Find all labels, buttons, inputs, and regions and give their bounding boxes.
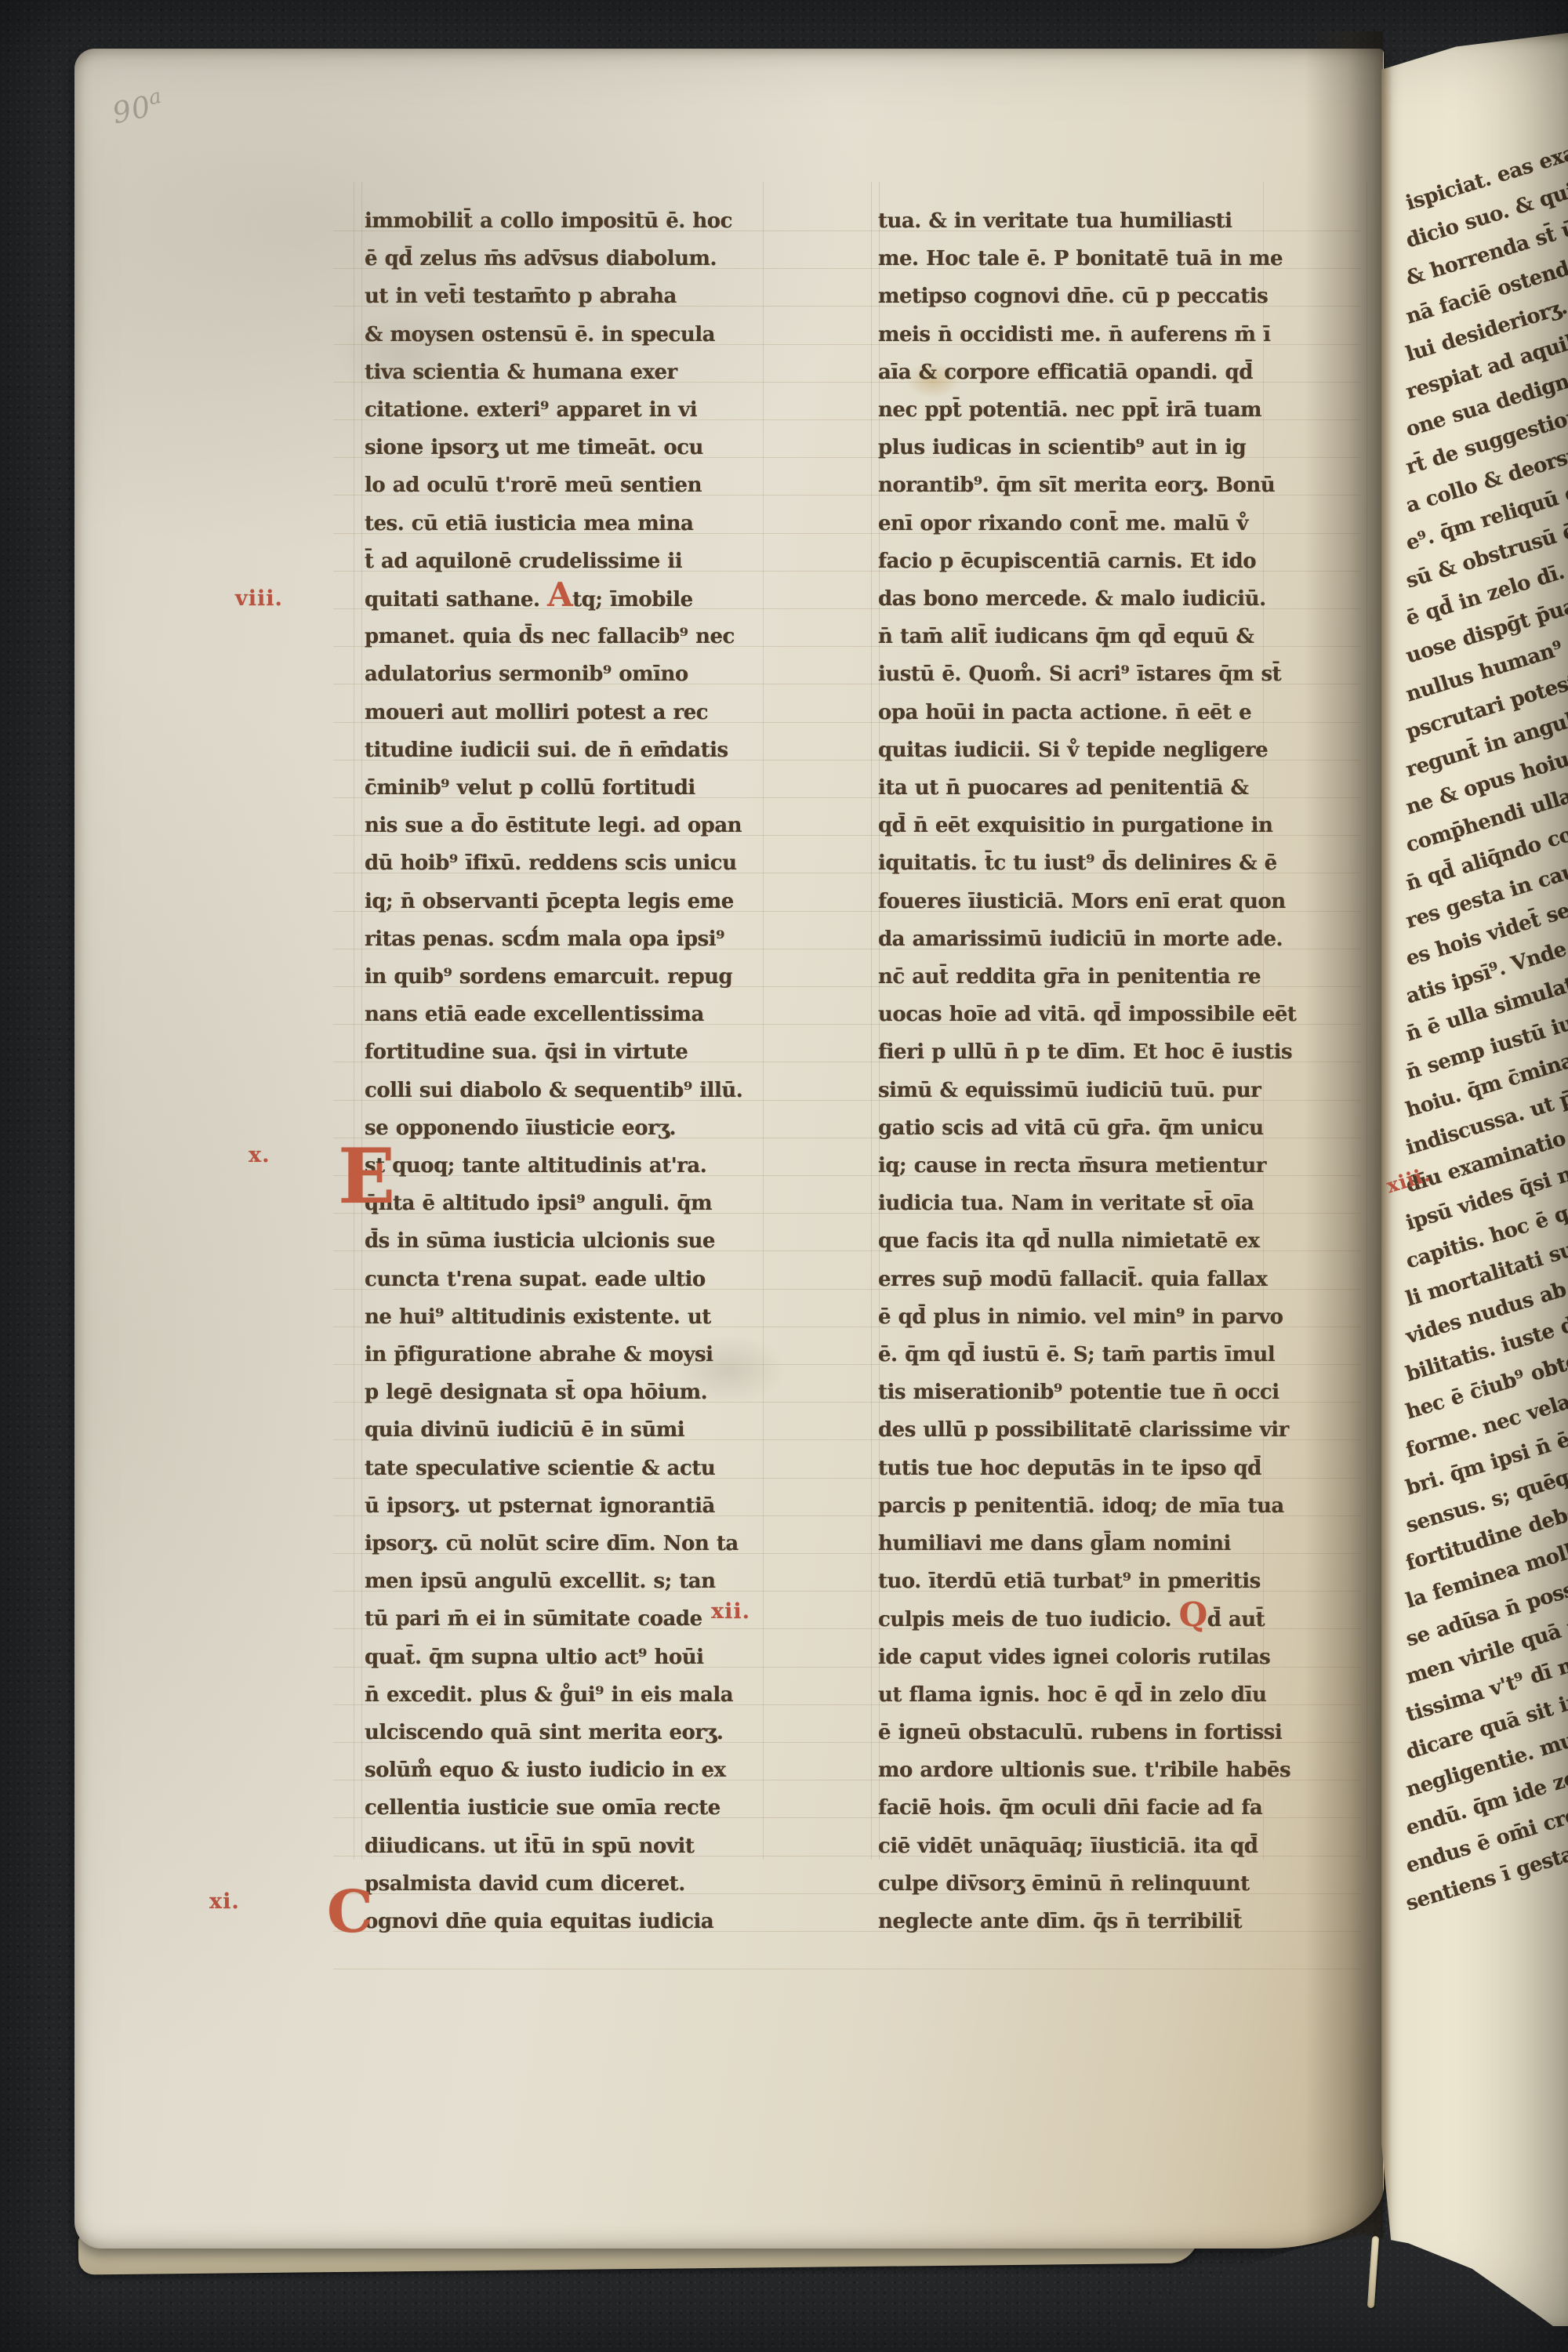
text-line: ipsorʒ. cū nolūt scire dīm. Non ta (365, 1528, 739, 1563)
text-line: ognovi dn̄e quia equitas iudicia (365, 1906, 713, 1940)
folio-number: 90a (109, 85, 167, 131)
chapter-numeral: viii. (235, 586, 283, 611)
text-line: nec ppt̄ potentiā. nec ppt̄ irā tuam (878, 394, 1261, 429)
text-line: tis miserationib⁹ potentie tue n̄ occi (878, 1377, 1279, 1411)
text-line: citatione. exteri⁹ apparet in vi (365, 394, 697, 429)
text-line: tutis tue hoc deputās in te ipso qd̄ (878, 1453, 1261, 1487)
text-line: n̄ excedit. plus & g̊ui⁹ in eis mala (365, 1679, 733, 1714)
text-line: ita ut n̄ puocares ad penitentiā & (878, 772, 1249, 807)
text-line: adulatorius sermonib⁹ omīno (365, 659, 688, 693)
ruling-line (871, 182, 872, 1860)
text-line: iustū ē. Quom̊. Si acri⁹ īstares q̄m st̄ (878, 659, 1281, 693)
text-line: moueri aut molliri potest a rec (365, 697, 708, 731)
ruling-line (361, 182, 362, 1860)
text-line: plus iudicas in scientib⁹ aut in ig (878, 432, 1246, 466)
text-line: humiliavi me dans gl̄am nomini (878, 1528, 1231, 1563)
manuscript-photograph: 90a immobilit̄ a collo impositū ē. hocē … (0, 0, 1568, 2352)
text-line: c̄minib⁹ velut p collū fortitudi (365, 772, 695, 807)
text-line: metipso cognovi dn̄e. cū p peccatis (878, 281, 1268, 315)
text-line: neglecte ante dīm. q̄s n̄ terribilit̄ (878, 1906, 1242, 1940)
text-line: ut flama ignis. hoc ē qd̄ in zelo dīu (878, 1679, 1266, 1714)
text-line: p legē designata st̄ opa hōium. (365, 1377, 707, 1411)
drop-cap-initial: C (327, 1886, 373, 1939)
text-line: quia divinū iudiciū ē in sūmi (365, 1414, 684, 1449)
text-line: simū & equissimū iudiciū tuū. pur (878, 1075, 1261, 1109)
text-line: ē qd̄ zelus m̄s adv̄sus diabolum. (365, 243, 717, 278)
text-line: iquitatis. t̄c tu iust⁹ d̄s delinires & … (878, 848, 1277, 882)
text-line: ritas penas. scd́m mala opa ipsi⁹ (365, 924, 724, 958)
text-line: solūm̊ equo & iusto iudicio in ex (365, 1755, 726, 1789)
text-line: tes. cū etiā iusticia mea mina (365, 508, 693, 543)
drop-cap-initial: E (338, 1143, 395, 1210)
text-line: nans etiā eade excellentissima (365, 999, 704, 1033)
facing-page-edge: ispiciat. eas examidicio suo. & quia e& … (1381, 33, 1568, 2326)
text-line: iudicia tua. Nam in veritate st̄ oīa (878, 1188, 1254, 1222)
text-line: foueres īiusticiā. Mors enī erat quon (878, 886, 1286, 920)
text-line: titudine iudicii sui. de n̄ em̄datis (365, 735, 728, 769)
text-line: parcis p penitentiā. idoq; de mīa tua (878, 1490, 1284, 1525)
ruling-line (333, 1969, 1360, 1969)
text-line: ē qd̄ plus in nimio. vel min⁹ in parvo (878, 1301, 1283, 1336)
text-line: culpis meis de tuo iudicio. Qd̄ aut̄ (878, 1603, 1265, 1638)
text-line: quitati sathane. Atq; īmobile (365, 583, 693, 618)
text-line: ciē vidēt unāquāq; īiusticiā. ita qd̄ (878, 1831, 1258, 1865)
text-line: in quib⁹ sordens emarcuit. repug (365, 961, 732, 996)
text-line: quitas iudicii. Si v̊ tepide negligere (878, 735, 1268, 769)
text-line: ut in vet̄i testam̄to p abraha (365, 281, 677, 315)
text-line: in p̄figuratione abrahe & moysi (365, 1339, 713, 1374)
text-line: t̄ ad aquilonē crudelissime ii (365, 546, 682, 580)
text-line: culpe div̄sorʒ ēminū n̄ relinquunt (878, 1868, 1250, 1903)
text-line: fortitudine sua. q̄si in virtute (365, 1036, 688, 1071)
text-line: enī opor rixando cont̄ me. malū v̊ (878, 508, 1248, 543)
text-line: erres sup̄ modū fallacit̄. quia fallax (878, 1264, 1267, 1298)
text-line: mo ardore ultionis sue. t'ribile habēs (878, 1755, 1290, 1789)
text-line: uocas hoīe ad vitā. qd̄ impossibile eēt (878, 999, 1296, 1033)
text-line: qd̄ n̄ eēt exquisitio in purgatione in (878, 810, 1272, 844)
text-line: opa hoūi in pacta actione. n̄ eēt e (878, 697, 1251, 731)
text-line: se opponendo īiusticie eorʒ. (365, 1112, 676, 1147)
text-line: facio p ēcupiscentiā carnis. Et ido (878, 546, 1256, 580)
text-line: das bono mercede. & malo iudiciū. (878, 583, 1266, 618)
chapter-numeral: xii. (711, 1599, 750, 1624)
text-line: ne hui⁹ altitudinis existente. ut (365, 1301, 711, 1336)
text-line: cuncta t'rena supat. eade ultio (365, 1264, 706, 1298)
text-line: diiudicans. ut it̄ū in spū novit (365, 1831, 694, 1865)
text-line: norantib⁹. q̄m sīt merita eorʒ. Bonū (878, 470, 1275, 504)
ruling-line (1367, 182, 1367, 1860)
text-line: st quoq; tante altitudinis at'ra. (365, 1150, 706, 1185)
text-line: quat̄. q̄m supna ultio act⁹ hoūi (365, 1642, 704, 1676)
text-line: nis sue a d̄o ēstitute legi. ad opan (365, 810, 742, 844)
text-line: fieri p ullū n̄ p te dīm. Et hoc ē iusti… (878, 1036, 1292, 1071)
text-line: meis n̄ occidisti me. n̄ auferens m̄ ī (878, 319, 1270, 354)
text-line: cellentia iusticie sue omīa recte (365, 1792, 720, 1827)
text-line: dū hoib⁹ īfixū. reddens scis unicu (365, 848, 737, 882)
text-line: aīa & corpore efficatiā opandi. qd̄ (878, 357, 1253, 391)
chapter-numeral: x. (249, 1143, 270, 1167)
text-line: des ullū p possibilitatē clarissime vir (878, 1414, 1289, 1449)
ruling-line (354, 182, 354, 1860)
text-line: tua. & in veritate tua humiliasti (878, 205, 1232, 240)
text-line: ide caput vides ignei coloris rutilas (878, 1642, 1270, 1676)
text-line: que facis ita qd̄ nulla nimietatē ex (878, 1225, 1259, 1260)
text-line: colli sui diabolo & sequentib⁹ illū. (365, 1075, 742, 1109)
ruling-line (763, 182, 764, 1860)
manuscript-page: 90a immobilit̄ a collo impositū ē. hocē … (74, 49, 1384, 2249)
text-line: q̄nta ē altitudo ipsi⁹ anguli. q̄m (365, 1188, 712, 1222)
text-line: sione ipsorʒ ut me timeāt. ocu (365, 432, 703, 466)
text-line: lo ad oculū t'rorē meū sentien (365, 470, 702, 504)
text-line: & moysen ostensū ē. in specula (365, 319, 715, 354)
text-line: n̄ tam̄ alit̄ iudicans q̄m qd̄ equū & (878, 621, 1254, 655)
text-line: tate speculative scientie & actu (365, 1453, 715, 1487)
text-line: iq; n̄ observanti p̄cepta legis eme (365, 886, 734, 920)
text-line: faciē hois. q̄m oculi dn̄i facie ad fa (878, 1792, 1262, 1827)
text-line: immobilit̄ a collo impositū ē. hoc (365, 205, 732, 240)
text-line: nc̄ aut̄ reddita gr̄a in penitentia re (878, 961, 1261, 996)
text-line: ū ipsorʒ. ut psternat ignorantiā (365, 1490, 715, 1525)
text-line: d̄s in sūma iusticia ulcionis sue (365, 1225, 715, 1260)
text-line: ulciscendo quā sint merita eorʒ. (365, 1717, 723, 1751)
text-line: psalmista david cum diceret. (365, 1868, 685, 1903)
folio-number-digits: 90 (110, 89, 154, 130)
text-line: men ipsū angulū excellit. s; tan (365, 1566, 716, 1600)
text-line: tū pari m̄ ei in sūmitate coade (365, 1603, 702, 1638)
text-line: da amarissimū iudiciū in morte ade. (878, 924, 1283, 958)
text-line: ē igneū obstaculū. rubens in fortissi (878, 1717, 1282, 1751)
chapter-numeral: xi. (209, 1889, 240, 1914)
text-line: tiva scientia & humana exer (365, 357, 677, 391)
text-line: me. Hoc tale ē. P bonitatē tuā in me (878, 243, 1283, 278)
text-line: pmanet. quia d̄s nec fallacib⁹ nec (365, 621, 735, 655)
text-line: ē. q̄m qd̄ iustū ē. S; tam̄ partis īmul (878, 1339, 1275, 1374)
text-line: iq; cause in recta m̄sura metientur (878, 1150, 1266, 1185)
text-line: gatio scis ad vitā cū gr̄a. q̄m unicu (878, 1112, 1264, 1147)
